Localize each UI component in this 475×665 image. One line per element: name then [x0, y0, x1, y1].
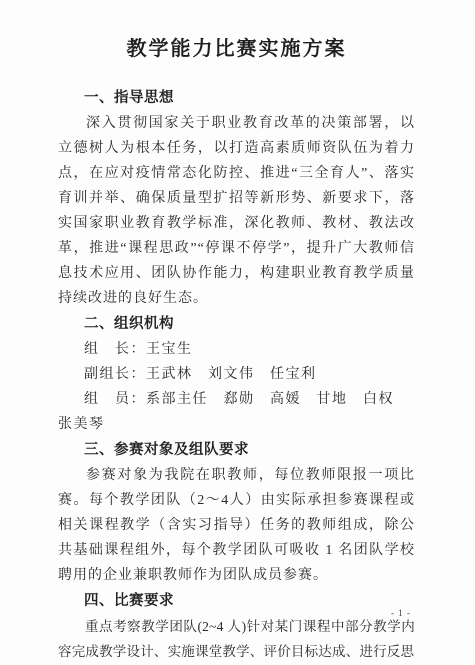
section-1-paragraph: 深入贯彻国家关于职业教育改革的决策部署，以立德树人为根本任务，以打造高素质师资队…: [58, 111, 415, 311]
section-4-paragraph: 重点考察教学团队(2~4 人)针对某门课程中部分教学内容完成教学设计、实施课堂教…: [58, 614, 415, 664]
section-2-heading: 二、组织机构: [58, 312, 415, 337]
org-line-deputy-leaders: 副组长：王武林 刘文伟 任宝利: [58, 362, 415, 387]
org-line-leader: 组 长：王宝生: [58, 337, 415, 362]
section-1-heading: 一、指导思想: [58, 86, 415, 111]
section-4-heading: 四、比赛要求: [58, 589, 415, 614]
document-page: 教学能力比赛实施方案 一、指导思想 深入贯彻国家关于职业教育改革的决策部署，以立…: [0, 0, 475, 665]
document-title: 教学能力比赛实施方案: [58, 36, 415, 62]
section-3-paragraph: 参赛对象为我院在职教师，每位教师限报一项比赛。每个教学团队（2～4人）由实际承担…: [58, 463, 415, 588]
org-line-members: 组 员：系部主任 郄勋 高媛 甘地 白权 张美琴: [58, 387, 415, 437]
page-number: - 1 -: [391, 608, 411, 618]
section-3-heading: 三、参赛对象及组队要求: [58, 438, 415, 463]
